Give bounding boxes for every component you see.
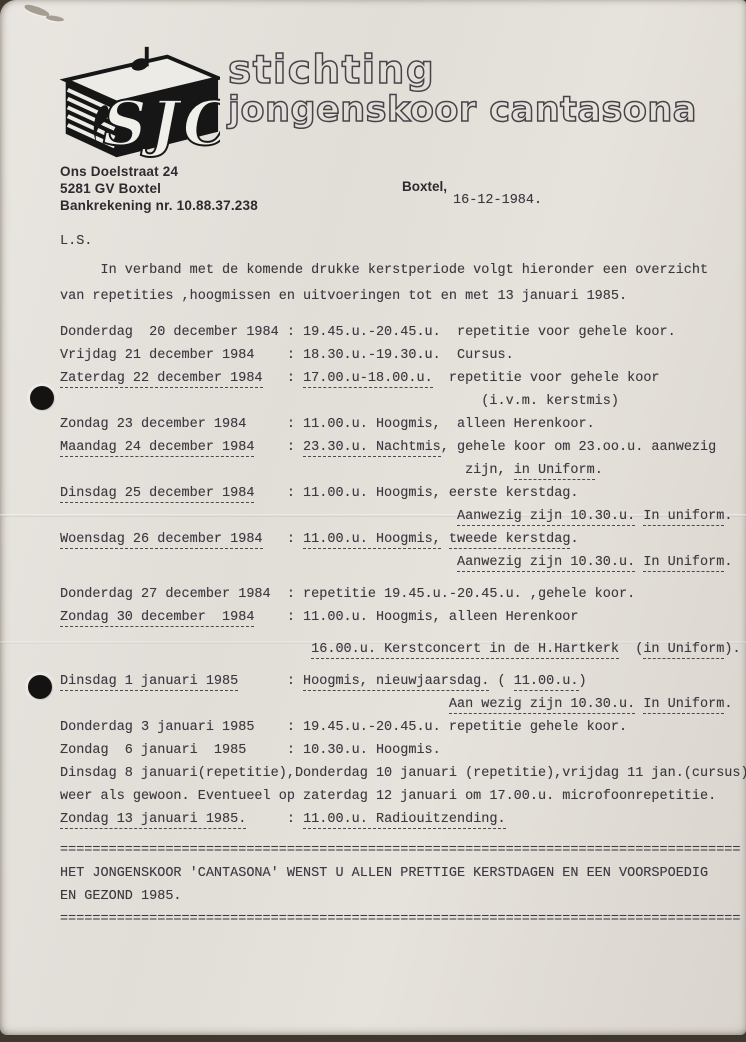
schedule-line: Vrijdag 21 december 1984 : 18.30.u.-19.3… (60, 344, 746, 367)
schedule-line: Zondag 6 januari 1985 : 10.30.u. Hoogmis… (60, 739, 746, 762)
typed-text: Dinsdag 8 januari(repetitie),Donderdag 1… (60, 766, 746, 781)
typed-text: . (724, 697, 732, 712)
date-typed: 16-12-1984. (453, 193, 542, 208)
typed-text: . (724, 555, 732, 570)
punch-hole-top (30, 386, 54, 410)
underlined-text: Maandag 24 december 1984 (60, 440, 254, 457)
underlined-text: in Uniform (643, 642, 724, 659)
typed-text: Donderdag 27 december 1984 : repetitie 1… (60, 587, 635, 602)
typed-text: 11.00.u. Hoogmis, alleen Herenkoor (303, 610, 578, 625)
underlined-text: tweede kerstdag (449, 532, 571, 549)
typed-text: : (254, 440, 303, 455)
schedule-line: Zondag 23 december 1984 : 11.00.u. Hoogm… (60, 413, 746, 436)
underlined-text: In Uniform (643, 697, 724, 714)
closing-line: HET JONGENSKOOR 'CANTASONA' WENST U ALLE… (60, 862, 746, 885)
underlined-text: Dinsdag 25 december 1984 (60, 486, 254, 503)
schedule-line: Dinsdag 1 januari 1985 : Hoogmis, nieuwj… (60, 670, 746, 693)
schedule-line: Aan wezig zijn 10.30.u. In Uniform. (60, 693, 746, 716)
schedule-line: Aanwezig zijn 10.30.u. In Uniform. (60, 551, 746, 574)
closing-line: EN GEZOND 1985. (60, 885, 746, 908)
typed-text: Zondag 6 januari 1985 : 10.30.u. Hoogmis… (60, 743, 441, 758)
typed-text: Zondag 23 december 1984 : 11.00.u. Hoogm… (60, 417, 595, 432)
closing-lines: HET JONGENSKOOR 'CANTASONA' WENST U ALLE… (60, 862, 746, 908)
underlined-text: In Uniform (643, 555, 724, 572)
letter-body: L.S. In verband met de komende drukke ke… (60, 230, 746, 931)
schedule-line: Maandag 24 december 1984 : 23.30.u. Nach… (60, 436, 746, 459)
typed-text: Vrijdag 21 december 1984 : 18.30.u.-19.3… (60, 348, 514, 363)
address-block: Ons Doelstraat 245281 GV BoxtelBankreken… (60, 163, 258, 214)
underlined-text: Aan wezig zijn 10.30.u. (449, 697, 635, 714)
punch-hole-bottom (28, 675, 52, 699)
underlined-text: Dinsdag 1 januari 1985 (60, 674, 238, 691)
typed-text (60, 642, 311, 657)
typed-text: zijn, (60, 463, 514, 478)
typed-text (60, 555, 457, 570)
typed-text: ) (579, 674, 587, 689)
typed-text (60, 697, 449, 712)
scanned-letter-page: SJC stichting jongenskoor cantasona Ons … (0, 0, 746, 1035)
underlined-text: Aanwezig zijn 10.30.u. (457, 509, 635, 526)
schedule-line: zijn, in Uniform. (60, 459, 746, 482)
typed-text: . (595, 463, 603, 478)
typed-text: Donderdag 3 januari 1985 : 19.45.u.-20.4… (60, 720, 627, 735)
typed-text: ( (619, 642, 643, 657)
typed-text: ). (724, 642, 740, 657)
underlined-text: Hoogmis, nieuwjaarsdag. (303, 674, 489, 691)
underlined-text: Zondag 30 december 1984 (60, 610, 254, 627)
schedule-line: (i.v.m. kerstmis) (60, 390, 746, 413)
schedule-line: Zaterdag 22 december 1984 : 17.00.u-18.0… (60, 367, 746, 390)
typed-text (60, 509, 457, 524)
schedule-line: Donderdag 20 december 1984 : 19.45.u.-20… (60, 321, 746, 344)
typed-text: . (570, 532, 578, 547)
paper-tear-mark (46, 15, 65, 22)
org-title-line2: jongenskoor cantasona (228, 90, 697, 130)
intro-paragraph: In verband met de komende drukke kerstpe… (60, 258, 746, 310)
sjc-choir-logo-icon: SJC (54, 46, 220, 165)
org-title-line1: stichting (228, 48, 435, 93)
underlined-text: 11.00.u. (514, 674, 579, 691)
underlined-text: 11.00.u. Radiouitzending. (303, 812, 506, 829)
schedule-line: Zondag 30 december 1984 : 11.00.u. Hoogm… (60, 606, 746, 629)
schedule-line: Dinsdag 8 januari(repetitie),Donderdag 1… (60, 762, 746, 785)
typed-text: . (724, 509, 732, 524)
address-line: Ons Doelstraat 24 (60, 163, 258, 180)
schedule-line: Dinsdag 25 december 1984 : 11.00.u. Hoog… (60, 482, 746, 505)
schedule-line: Woensdag 26 december 1984 : 11.00.u. Hoo… (60, 528, 746, 551)
place-label: Boxtel, (402, 179, 447, 194)
schedule-line: 16.00.u. Kerstconcert in de H.Hartkerk (… (60, 638, 746, 661)
schedule-line: Zondag 13 januari 1985. : 11.00.u. Radio… (60, 808, 746, 831)
typed-text: , gehele koor om 23.oo.u. aanwezig (441, 440, 716, 455)
schedule-line: Donderdag 3 januari 1985 : 19.45.u.-20.4… (60, 716, 746, 739)
closing-rule-bottom: ========================================… (60, 908, 746, 931)
closing-block: ========================================… (60, 839, 746, 931)
svg-text:SJC: SJC (103, 89, 220, 160)
underlined-text: Zondag 13 januari 1985. (60, 812, 246, 829)
schedule-line: Donderdag 27 december 1984 : repetitie 1… (60, 583, 746, 606)
salutation: L.S. (60, 230, 746, 254)
typed-text: Donderdag 20 december 1984 : 19.45.u.-20… (60, 325, 676, 340)
typed-text: : (263, 371, 304, 386)
underlined-text: 23.30.u. Nachtmis (303, 440, 441, 457)
underlined-text: 11.00.u. Hoogmis, (303, 532, 441, 549)
underlined-text: in Uniform (514, 463, 595, 480)
typed-text: : (263, 532, 304, 547)
typed-text: : (246, 812, 303, 827)
closing-rule-top: ========================================… (60, 839, 746, 862)
typed-text: (i.v.m. kerstmis) (60, 394, 619, 409)
underlined-text: In uniform (643, 509, 724, 526)
typed-text: : (254, 610, 303, 625)
schedule-line: Aanwezig zijn 10.30.u. In uniform. (60, 505, 746, 528)
underlined-text: Woensdag 26 december 1984 (60, 532, 263, 549)
underlined-text: Aanwezig zijn 10.30.u. (457, 555, 635, 572)
typed-text: : (238, 674, 303, 689)
typed-text: ( (489, 674, 513, 689)
intro-line: van repetities ,hoogmissen en uitvoering… (60, 284, 746, 310)
schedule-line: weer als gewoon. Eventueel op zaterdag 1… (60, 785, 746, 808)
intro-line: In verband met de komende drukke kerstpe… (60, 258, 746, 284)
typed-text: 11.00.u. Hoogmis, eerste kerstdag. (303, 486, 578, 501)
typed-text: repetitie voor gehele koor (433, 371, 660, 386)
typed-text (441, 532, 449, 547)
address-line: 5281 GV Boxtel (60, 180, 258, 197)
underlined-text: Zaterdag 22 december 1984 (60, 371, 263, 388)
schedule-block: Donderdag 20 december 1984 : 19.45.u.-20… (60, 321, 746, 831)
address-line: Bankrekening nr. 10.88.37.238 (60, 197, 258, 214)
underlined-text: 17.00.u-18.00.u. (303, 371, 433, 388)
typed-text: : (254, 486, 303, 501)
underlined-text: 16.00.u. Kerstconcert in de H.Hartkerk (311, 642, 619, 659)
typed-text: weer als gewoon. Eventueel op zaterdag 1… (60, 789, 716, 804)
